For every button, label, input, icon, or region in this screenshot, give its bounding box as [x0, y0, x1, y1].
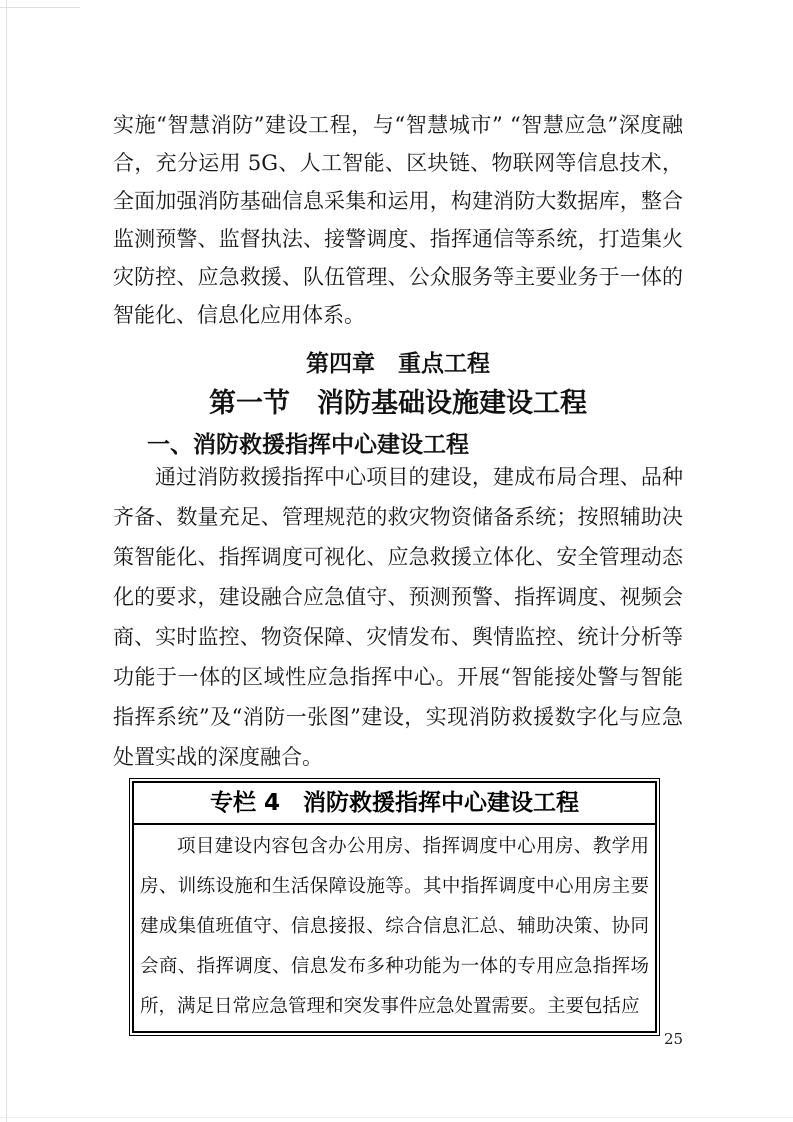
- callout-box-title: 专栏 4 消防救援指挥中心建设工程: [134, 783, 655, 825]
- scan-edge-bottom: [0, 1117, 793, 1118]
- scan-edge-left: [6, 0, 7, 1122]
- callout-box-body: 项目建设内容包含办公用房、指挥调度中心用房、教学用房、训练设施和生活保障设施等。…: [134, 825, 655, 1031]
- body-paragraph-command-center: 通过消防救援指挥中心项目的建设，建成布局合理、品种齐备、数量充足、管理规范的救灾…: [113, 457, 683, 777]
- callout-box: 专栏 4 消防救援指挥中心建设工程 项目建设内容包含办公用房、指挥调度中心用房、…: [129, 778, 660, 1036]
- page-number: 25: [664, 1030, 683, 1048]
- callout-box-inner: 专栏 4 消防救援指挥中心建设工程 项目建设内容包含办公用房、指挥调度中心用房、…: [132, 781, 657, 1033]
- chapter-heading: 第四章 重点工程: [113, 348, 683, 380]
- section-heading: 第一节 消防基础设施建设工程: [113, 386, 683, 422]
- scan-edge-top: [0, 7, 80, 8]
- document-page: 实施“智慧消防”建设工程，与“智慧城市” “智慧应急”深度融合，充分运用 5G、…: [0, 0, 793, 1122]
- body-paragraph-smart-fire: 实施“智慧消防”建设工程，与“智慧城市” “智慧应急”深度融合，充分运用 5G、…: [113, 106, 683, 334]
- subsection-heading: 一、消防救援指挥中心建设工程: [113, 430, 683, 460]
